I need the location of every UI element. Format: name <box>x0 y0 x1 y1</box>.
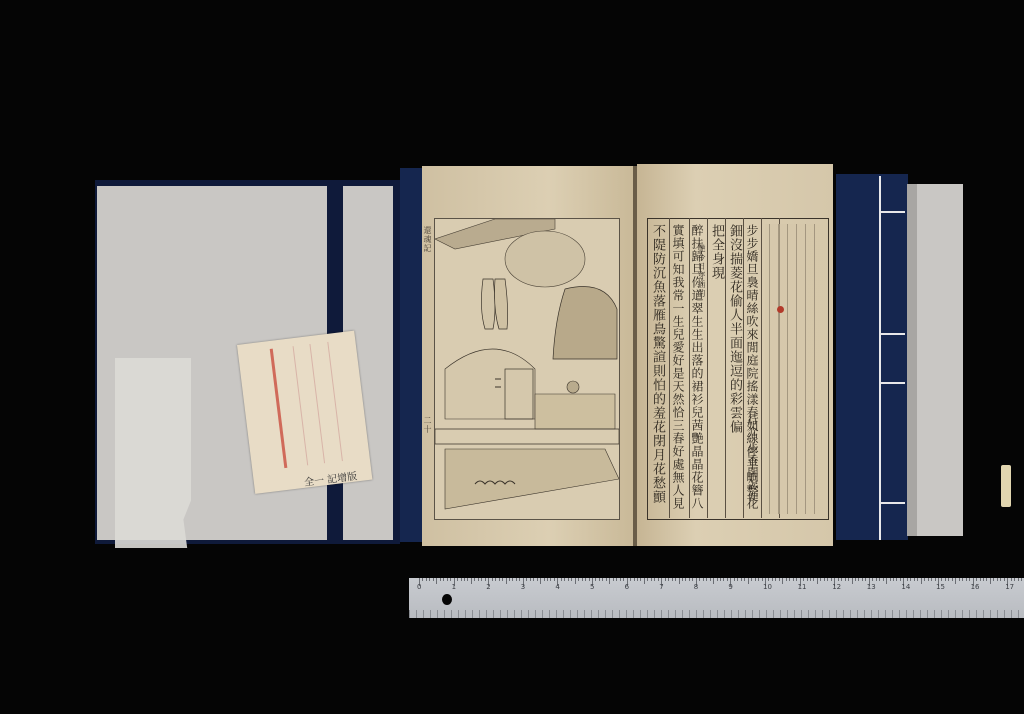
text-column-7: 行介 步香閨怎便 <box>745 414 759 503</box>
small-note: 艷今日穿插的 <box>697 244 706 298</box>
text-column-5: 鈿沒揣菱花偷人半面迤逗的彩雲偏 <box>727 224 741 434</box>
text-column-4: 把全身現 <box>709 224 723 280</box>
ruler-tick <box>980 578 981 581</box>
ruler-tick <box>561 578 562 581</box>
ruler-label: 7 <box>659 583 663 591</box>
ruler-label: 15 <box>936 583 945 591</box>
ruler-tick <box>727 578 728 581</box>
ruler-tick <box>1018 578 1019 581</box>
ruler-tick <box>474 578 475 581</box>
ruler-tick <box>748 578 749 584</box>
ruler-tick <box>817 578 818 584</box>
ruler-tick <box>540 578 541 584</box>
ruler-tick <box>928 578 929 581</box>
ruler-tick <box>609 578 610 584</box>
ruler-label: 16 <box>971 583 980 591</box>
ruler-tick <box>533 578 534 581</box>
ruler-tick <box>848 578 849 581</box>
ruler-tick <box>433 578 434 581</box>
ruler-tick <box>831 578 832 581</box>
ruler-tick <box>471 578 472 584</box>
ruler-tick <box>793 578 794 581</box>
ruler-tick <box>526 578 527 581</box>
ruler-tick <box>606 578 607 581</box>
ruler-tick <box>668 578 669 581</box>
ruler-tick <box>665 578 666 581</box>
text-column-1: 不隄防沉魚落雁鳥驚諠則怕的羞花閉月花愁顫 <box>650 224 664 504</box>
ruler-tick <box>762 578 763 581</box>
ruler-tick <box>879 578 880 581</box>
ruler-tick <box>481 578 482 581</box>
ruler-tick <box>443 578 444 581</box>
ruler-tick <box>993 578 994 581</box>
ruler-tick <box>495 578 496 581</box>
ruler-tick <box>616 578 617 581</box>
ruler-label: 17 <box>1005 583 1014 591</box>
text-column-2: 實填可知我常一生兒愛好是天然恰三春好處無人見 <box>671 224 684 510</box>
ruler-tick <box>959 578 960 581</box>
ruler-tick <box>568 578 569 581</box>
ruler-tick <box>720 578 721 581</box>
ruler-tick <box>813 578 814 581</box>
ruler-tick <box>692 578 693 581</box>
ruler-tick <box>737 578 738 581</box>
ruler-tick <box>516 578 517 581</box>
ruler-label: 6 <box>625 583 629 591</box>
ruler-tick <box>893 578 894 581</box>
ruler-tick <box>872 578 873 581</box>
ruler-tick <box>582 578 583 581</box>
ruler-label: 2 <box>486 583 490 591</box>
ruler-label: 13 <box>867 583 876 591</box>
ruler-tick <box>820 578 821 581</box>
label-slip: 全一 記增版 <box>237 331 372 494</box>
right-cover-paper <box>907 184 963 536</box>
ruler-tick <box>900 578 901 581</box>
ruler-tick <box>945 578 946 581</box>
ruler-tick <box>858 578 859 581</box>
ruler-tick <box>807 578 808 581</box>
ruler-tick <box>658 578 659 581</box>
ruler-tick <box>845 578 846 581</box>
ruler-label: 12 <box>832 583 841 591</box>
ruler-tick <box>886 578 887 584</box>
ruler-label: 3 <box>521 583 525 591</box>
ruler-tick <box>436 578 437 584</box>
ruler-tick <box>786 578 787 581</box>
ruler-tick <box>651 578 652 581</box>
ruler-tick <box>672 578 673 581</box>
ruler-tick <box>775 578 776 581</box>
ruler-tick <box>955 578 956 584</box>
ruler-tick <box>623 578 624 581</box>
ruler-label: 14 <box>901 583 910 591</box>
ruler-tick <box>751 578 752 581</box>
ruler-tick <box>554 578 555 581</box>
margin-title: 還魂記 <box>423 226 432 253</box>
dense-annotation-block <box>765 224 823 514</box>
ruler-tick <box>969 578 970 581</box>
ruler-tick <box>675 578 676 581</box>
ruler-label: 8 <box>694 583 698 591</box>
ruler-tick <box>997 578 998 581</box>
ruler-tick <box>575 578 576 584</box>
ruler-tick <box>450 578 451 581</box>
ruler-tick <box>685 578 686 581</box>
ruler-tick <box>1000 578 1001 581</box>
ruler-tick <box>492 578 493 581</box>
ruler-tick <box>758 578 759 581</box>
ruler-tick <box>796 578 797 581</box>
ruler-tick <box>931 578 932 581</box>
ruler-label: 1 <box>452 583 456 591</box>
ruler-tick <box>620 578 621 581</box>
measurement-ruler: 01234567891011121314151617 <box>409 578 1024 618</box>
ruler-tick <box>924 578 925 581</box>
ruler-tick <box>876 578 877 581</box>
ruler-tick <box>440 578 441 581</box>
ruler-tick <box>461 578 462 581</box>
ruler-tick <box>595 578 596 581</box>
ruler-hole <box>442 594 452 605</box>
ruler-tick <box>578 578 579 581</box>
tag-slip <box>1001 465 1011 507</box>
ruler-tick <box>613 578 614 581</box>
ruler-tick <box>734 578 735 581</box>
ruler-tick <box>941 578 942 581</box>
ruler-tick <box>640 578 641 581</box>
ruler-tick <box>986 578 987 581</box>
right-cover-board <box>836 174 908 540</box>
binding-thread-vertical <box>879 176 881 540</box>
ruler-tick <box>1014 578 1015 581</box>
ruler-tick <box>506 578 507 584</box>
ruler-tick <box>803 578 804 581</box>
ruler-tick <box>429 578 430 581</box>
tissue-sheet <box>115 358 191 548</box>
ruler-tick <box>502 578 503 581</box>
ruler-tick <box>755 578 756 581</box>
ruler-tick <box>602 578 603 581</box>
ruler-tick <box>713 578 714 584</box>
left-page: 還魂記 二十 <box>422 166 634 546</box>
ruler-tick <box>447 578 448 581</box>
ruler-tick <box>530 578 531 581</box>
ruler-tick <box>679 578 680 584</box>
ruler-tick <box>883 578 884 581</box>
ruler-tick <box>952 578 953 581</box>
ruler-tick <box>630 578 631 581</box>
ruler-tick <box>426 578 427 581</box>
ruler-tick <box>772 578 773 581</box>
ruler-tick <box>464 578 465 581</box>
ruler-tick <box>962 578 963 581</box>
ruler-tick <box>827 578 828 581</box>
ruler-label: 0 <box>417 583 421 591</box>
ruler-tick <box>976 578 977 581</box>
ruler-tick <box>703 578 704 581</box>
red-seal-icon <box>777 306 784 313</box>
ruler-tick <box>914 578 915 581</box>
ruler-tick <box>585 578 586 581</box>
ruler-tick <box>744 578 745 581</box>
ruler-tick <box>467 578 468 581</box>
ruler-tick <box>682 578 683 581</box>
ruler-tick <box>717 578 718 581</box>
binding-thread-3 <box>879 382 905 384</box>
ruler-tick <box>544 578 545 581</box>
ruler-tick <box>935 578 936 581</box>
ruler-label: 4 <box>555 583 559 591</box>
binding-thread-1 <box>879 211 905 213</box>
page-number: 二十 <box>423 416 432 434</box>
ruler-tick <box>519 578 520 581</box>
ruler-label: 10 <box>763 583 772 591</box>
ruler-tick <box>499 578 500 581</box>
ruler-tick <box>637 578 638 581</box>
woodblock-illustration <box>434 218 620 520</box>
ruler-tick <box>634 578 635 581</box>
ruler-tick <box>706 578 707 581</box>
ruler-bottom-scale <box>409 610 1024 618</box>
ruler-tick <box>537 578 538 581</box>
book-spine-left <box>400 168 422 542</box>
ruler-tick <box>779 578 780 581</box>
binding-thread-2 <box>879 333 905 335</box>
ruler-tick <box>1004 578 1005 581</box>
ruler-tick <box>644 578 645 584</box>
ruler-tick <box>896 578 897 581</box>
binding-thread-4 <box>879 502 905 504</box>
right-page: 不隄防沉魚落雁鳥驚諠則怕的羞花閉月花愁顫 實填可知我常一生兒愛好是天然恰三春好處… <box>637 164 833 546</box>
ruler-tick <box>689 578 690 581</box>
ruler-tick <box>824 578 825 581</box>
ruler-tick <box>509 578 510 581</box>
ruler-tick <box>983 578 984 581</box>
ruler-tick <box>550 578 551 581</box>
ruler-tick <box>768 578 769 581</box>
ruler-tick <box>647 578 648 581</box>
ruler-tick <box>699 578 700 581</box>
ruler-tick <box>917 578 918 581</box>
ruler-tick <box>948 578 949 581</box>
ruler-tick <box>457 578 458 581</box>
ruler-tick <box>741 578 742 581</box>
ruler-label: 11 <box>798 583 807 591</box>
ruler-tick <box>723 578 724 581</box>
ruler-tick <box>571 578 572 581</box>
ruler-tick <box>485 578 486 581</box>
ruler-tick <box>710 578 711 581</box>
ruler-tick <box>862 578 863 581</box>
ruler-tick <box>512 578 513 581</box>
ruler-tick <box>1021 578 1022 581</box>
ruler-tick <box>782 578 783 584</box>
garden-scene-icon <box>435 219 619 519</box>
ruler-tick <box>966 578 967 581</box>
ruler-tick <box>1011 578 1012 581</box>
ruler-tick <box>654 578 655 581</box>
ruler-tick <box>990 578 991 584</box>
ruler-tick <box>547 578 548 581</box>
ruler-tick <box>907 578 908 581</box>
ruler-tick <box>810 578 811 581</box>
ruler-tick <box>910 578 911 581</box>
ruler-tick <box>921 578 922 584</box>
ruler-tick <box>838 578 839 581</box>
ruler-tick <box>852 578 853 584</box>
ruler-tick <box>564 578 565 581</box>
ruler-tick <box>478 578 479 581</box>
ruler-tick <box>789 578 790 581</box>
ruler-label: 9 <box>728 583 732 591</box>
ruler-tick <box>855 578 856 581</box>
ruler-tick <box>841 578 842 581</box>
ruler-tick <box>599 578 600 581</box>
ruler-label: 5 <box>590 583 594 591</box>
ruler-tick <box>589 578 590 581</box>
ruler-tick <box>865 578 866 581</box>
ruler-tick <box>422 578 423 581</box>
ruler-tick <box>890 578 891 581</box>
